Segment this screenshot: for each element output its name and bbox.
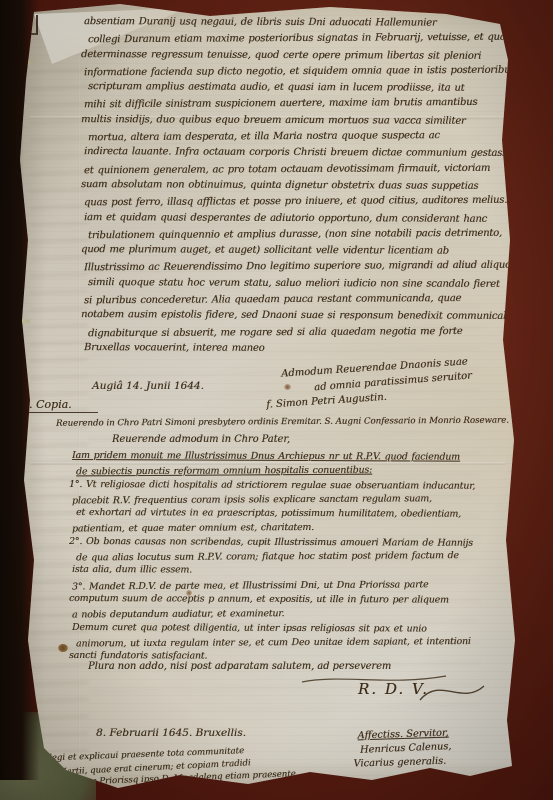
ink-stain	[58, 644, 68, 652]
valediction: Plura non addo, nisi post adparatam salu…	[88, 661, 391, 672]
copia-letter-body: Iam pridem monuit me Illustrissimus Dnus…	[72, 450, 546, 664]
handwritten-line: mihi sit difficile sinistram suspicionem…	[84, 95, 510, 114]
copia-heading: 6. Copia.	[22, 398, 98, 413]
copia-salutation: Reuerende admodum in Chro Pater,	[112, 434, 290, 445]
handwritten-line: Illustrissimo ac Reuerendissimo Dno legi…	[84, 258, 510, 277]
handwritten-line: collegi Duranum etiam maxime posteriorib…	[88, 30, 510, 49]
manuscript-photo: 6. absentiam Duranij usq negaui, de libr…	[0, 0, 553, 800]
handwritten-line: notabem ausim epistolis fidere, sed Dnao…	[81, 307, 510, 325]
letter-dateline: Augiâ 14. Junii 1644.	[92, 380, 204, 392]
handwritten-line: quas post ferro, illasq afflictas et pos…	[84, 193, 510, 212]
handwritten-line: iam et quidam quasi desperantes de adiut…	[84, 210, 510, 228]
main-letter-body: absentiam Duranij usq negaui, de libris …	[84, 15, 510, 357]
signature-block: Affectiss. Servitor,Henricus Calenus,Vic…	[355, 726, 452, 771]
pen-flourish	[418, 680, 488, 706]
manuscript-page: 6. absentiam Duranij usq negaui, de libr…	[0, 0, 553, 800]
handwritten-line: indirecta lauante. Infra octauam corpori…	[84, 144, 510, 162]
copia-dateline: 8. Februarii 1645. Bruxellis.	[96, 727, 246, 739]
signature-line: Vicarius generalis.	[353, 754, 452, 771]
